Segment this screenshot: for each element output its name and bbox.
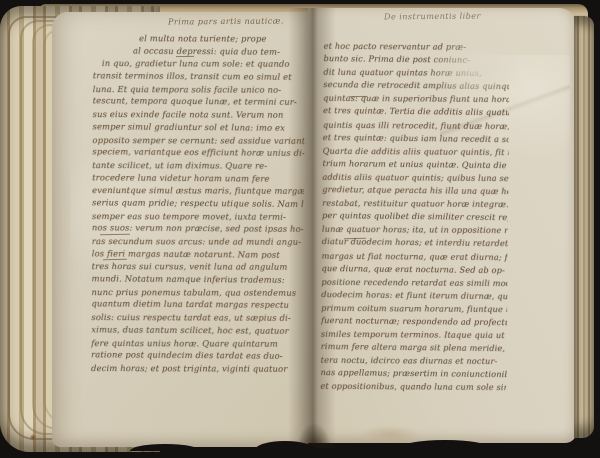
left-running-header: Prima pars artis nauticæ. <box>168 15 284 26</box>
manuscript-line: duodecim horas: et fiunt iterum diurnæ, … <box>321 288 507 303</box>
manuscript-line: speciem, variantque eos efficiunt horæ u… <box>92 145 304 159</box>
manuscript-line: que diurna, quæ erat nocturna. Sed ab op… <box>321 262 507 277</box>
manuscript-line: transit terminos illos, transit cum eo s… <box>93 69 305 83</box>
manuscript-line: tescunt, tempora quoque lunæ, et termini… <box>93 95 305 109</box>
manuscript-line: semper simul gradiuntur sol et luna: imo… <box>92 120 304 134</box>
manuscript-line: nos suos: verum non præcise, sed post ip… <box>92 221 304 235</box>
photo-background: Prima pars artis nauticæ. De instrumenti… <box>0 0 600 458</box>
manuscript-line: el multa nota turiente; prope <box>93 32 305 45</box>
manuscript-line: quantum dietim luna tardat margas respec… <box>91 298 303 312</box>
manuscript-line: decim horas; et post triginta, viginti q… <box>91 362 303 375</box>
manuscript-line: trocedere luna videtur horam unam fere <box>92 171 304 185</box>
manuscript-line: et oppositionibus, quando luna cum sole … <box>320 380 506 394</box>
right-page-text: et hoc pacto reservantur ad præ-bunto si… <box>320 39 509 394</box>
manuscript-line: trium horarum et unius quintæ. Quinta di… <box>322 157 508 172</box>
right-fore-edge-stack <box>574 16 594 438</box>
manuscript-line: et tres quintæ: quibus iam luna recedit … <box>323 131 509 146</box>
manuscript-line: tante scilicet, ut iam diximus. Quare re… <box>92 159 304 172</box>
manuscript-line: fuerant nocturnæ; respondendo ad profect… <box>321 314 507 329</box>
manuscript-line: serius quam pridie; respectu utique soli… <box>92 196 304 210</box>
right-running-header: De instrumentis liber <box>384 11 481 22</box>
manuscript-line: ras secundum suos arcus: unde ad mundi a… <box>92 235 304 248</box>
manuscript-line: ximus, duas tantum scilicet, hoc est, qu… <box>91 323 303 337</box>
left-page-text: el multa nota turiente; propeal occasu d… <box>91 31 305 375</box>
manuscript-line: ratione post quindecim dies tardat eas d… <box>91 348 303 362</box>
manuscript-line: mundi. Notatum namque inferius trademus: <box>91 272 303 286</box>
manuscript-line: diatur duodecim horas; et interdiu retar… <box>322 235 508 250</box>
manuscript-line: et tres quintæ. Tertia die additis aliis… <box>323 104 509 119</box>
